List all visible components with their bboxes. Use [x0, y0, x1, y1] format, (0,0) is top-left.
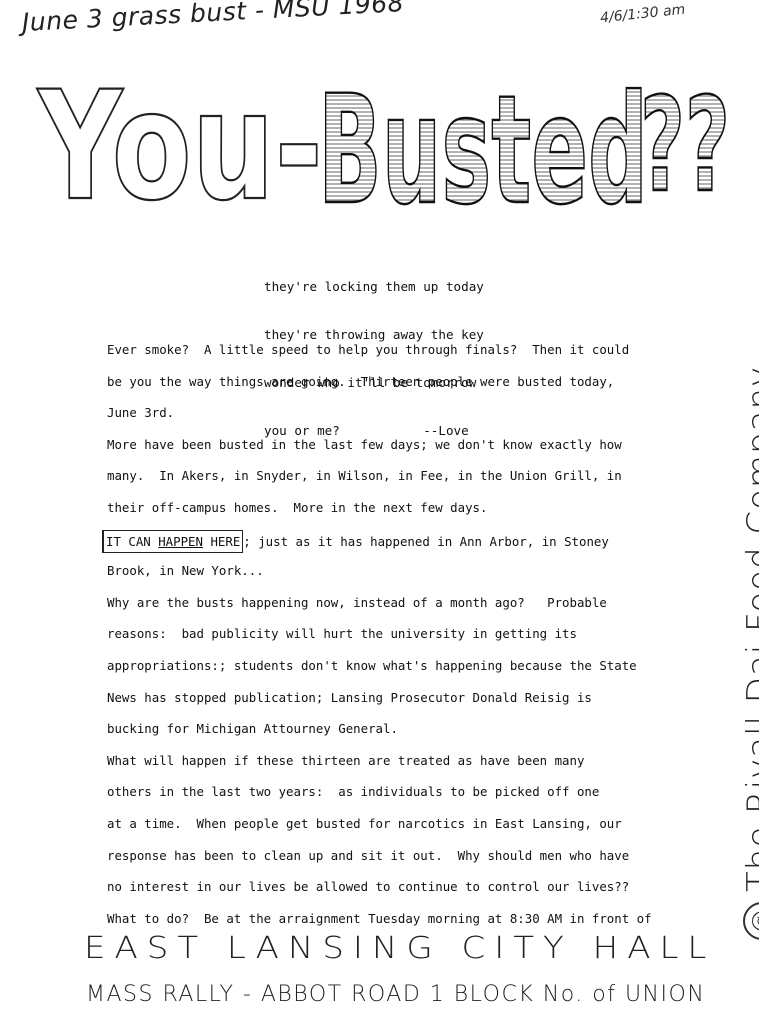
handwritten-date-scrawl: 4/6/1:30 am — [599, 2, 686, 27]
body-line: appropriations:; students don't know wha… — [107, 656, 697, 688]
body-line: others in the last two years: as individ… — [107, 782, 697, 814]
body-text: Ever smoke? A little speed to help you t… — [107, 340, 697, 940]
handwritten-header-note: June 3 grass bust - MSU 1968 — [21, 0, 404, 37]
body-line: many. In Akers, in Snyder, in Wilson, in… — [107, 466, 697, 498]
body-line-boxed: IT CAN HAPPEN HERE; just as it has happe… — [107, 530, 697, 562]
body-line: their off-campus homes. More in the next… — [107, 498, 697, 530]
body-line: Ever smoke? A little speed to help you t… — [107, 340, 697, 372]
poem-line: they're locking them up today — [264, 279, 484, 295]
body-line: Why are the busts happening now, instead… — [107, 593, 697, 625]
body-line: at a time. When people get busted for na… — [107, 814, 697, 846]
body-line: reasons: bad publicity will hurt the uni… — [107, 624, 697, 656]
body-line: What will happen if these thirteen are t… — [107, 751, 697, 783]
title-you: You- — [36, 60, 323, 225]
body-line: bucking for Michigan Attourney General. — [107, 719, 697, 751]
title-graphic: You- Busted ?? — [20, 50, 740, 225]
boxed-phrase: IT CAN HAPPEN HERE — [102, 530, 243, 553]
body-line: Brook, in New York... — [107, 561, 697, 593]
body-line: response has been to clean up and sit it… — [107, 846, 697, 878]
body-line: no interest in our lives be allowed to c… — [107, 877, 697, 909]
title-busted: Busted — [318, 64, 648, 225]
body-line: More have been busted in the last few da… — [107, 435, 697, 467]
handwritten-rally-location: MASS RALLY - ABBOT ROAD 1 BLOCK No. of U… — [86, 982, 705, 1007]
body-line: News has stopped publication; Lansing Pr… — [107, 688, 697, 720]
title-question-marks: ?? — [640, 69, 730, 221]
body-line: June 3rd. — [107, 403, 697, 435]
body-line: be you the way things are going. Thirtee… — [107, 372, 697, 404]
circle-at-icon: @ — [743, 902, 759, 940]
handwritten-city-hall: EAST LANSING CITY HALL — [84, 930, 715, 966]
handwritten-side-note: @The Rivall Dai Food Company — [740, 366, 759, 940]
